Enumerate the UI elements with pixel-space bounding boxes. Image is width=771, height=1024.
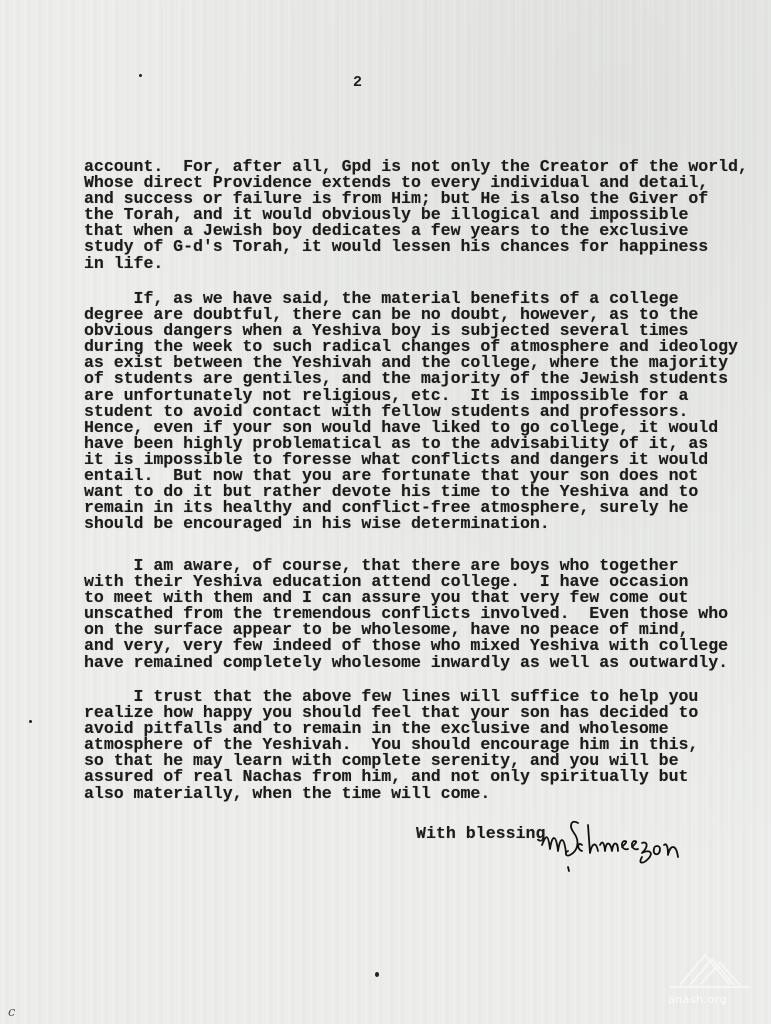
closing-salutation: With blessing (416, 824, 545, 843)
watermark-text: anash.org (668, 993, 727, 1006)
paragraph-4: I trust that the above few lines will su… (84, 689, 698, 802)
page-number: 2 (353, 74, 362, 91)
text-line: in life. (84, 256, 748, 272)
handwritten-signature: M. Schneerson (538, 805, 688, 875)
text-line: study of G-d's Torah, it would lessen hi… (84, 239, 748, 255)
ink-speck (139, 74, 142, 77)
corner-handwritten-mark: c (8, 1005, 15, 1020)
paragraph-1: account. For, after all, Gpd is not only… (84, 159, 748, 272)
text-line: should be encouraged in his wise determi… (84, 516, 738, 532)
text-line: have remained completely wholesome inwar… (84, 655, 728, 671)
paragraph-2: If, as we have said, the material benefi… (84, 291, 738, 532)
ink-speck (375, 972, 379, 977)
ink-speck (29, 720, 32, 723)
text-line: also materially, when the time will come… (84, 786, 698, 802)
paragraph-3: I am aware, of course, that there are bo… (84, 558, 728, 671)
